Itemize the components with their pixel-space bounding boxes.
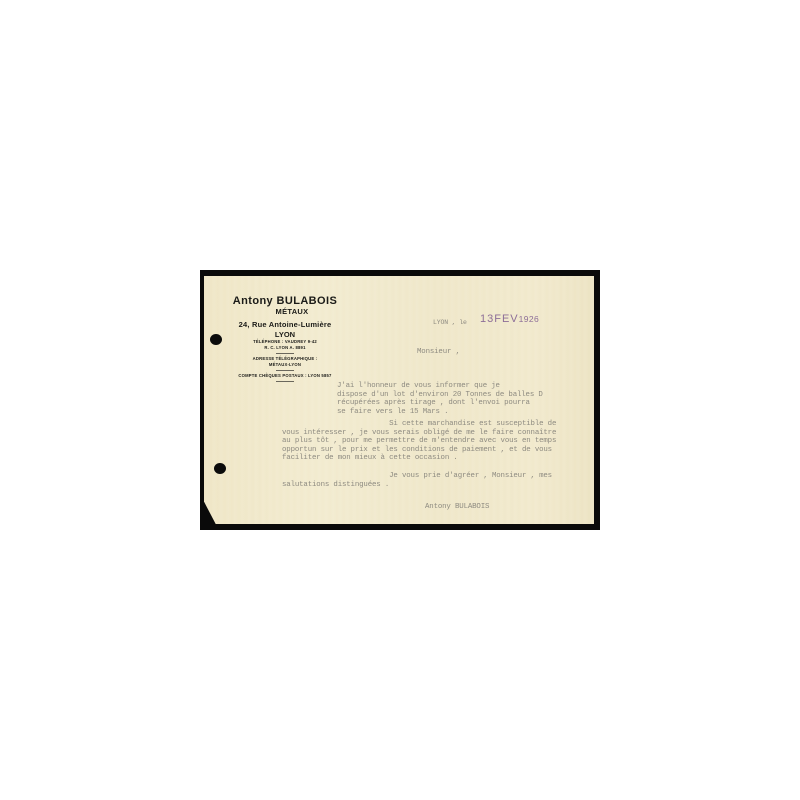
company-address: 24, Rue Antoine-Lumière (215, 319, 355, 330)
paragraph-2: Si cette marchandise est susceptible de … (282, 420, 556, 463)
divider (276, 370, 294, 371)
closing-paragraph: Je vous prie d'agréer , Monsieur , mes s… (282, 472, 552, 489)
postal-account: COMPTE CHÈQUES POSTAUX : LYON 5857 (215, 373, 355, 379)
company-name: Antony BULABOIS (215, 295, 355, 307)
divider (276, 381, 294, 382)
salutation: Monsieur , (417, 348, 460, 357)
punch-hole-bottom (214, 463, 226, 474)
date-stamp-day: 13FEV (480, 313, 519, 325)
paragraph-1: J'ai l'honneur de vous informer que je d… (337, 382, 543, 416)
place-date-prefix: LYON , le (433, 319, 467, 328)
divider (276, 353, 294, 354)
company-register: R. C. LYON A. 8891 (215, 345, 355, 351)
telegraph-value: MÉTAUX-LYON (215, 362, 355, 368)
signature: Antony BULABOIS (425, 503, 489, 512)
company-trade: MÉTAUX (229, 307, 355, 316)
company-city: LYON (215, 330, 355, 339)
letterhead: Antony BULABOIS MÉTAUX 24, Rue Antoine-L… (215, 295, 355, 384)
date-stamp-year: 1926 (519, 314, 540, 324)
date-stamp: 13FEV1926 (480, 313, 539, 325)
